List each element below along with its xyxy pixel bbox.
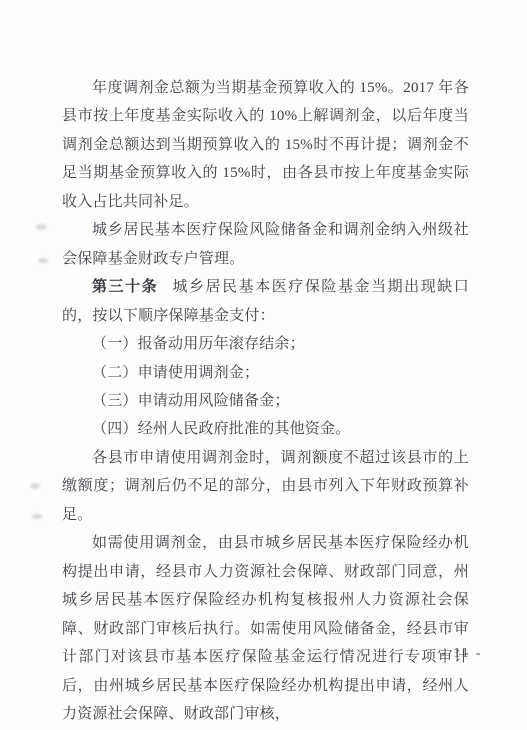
document-text-block: 年度调剂金总额为当期基金预算收入的 15%。2017 年各县市按上年度基金实际收… [62,74,469,728]
list-item-3: （三）申请动用风险储备金； [62,387,469,415]
article-30-heading: 第三十条 [92,279,158,295]
paragraph-adjustment-quota: 各县市申请使用调剂金时，调剂额度不超过该县市的上缴额度；调剂后仍不足的部分，由县… [62,444,469,529]
paragraph-fund-account-management: 城乡居民基本医疗保险风险储备金和调剂金纳入州级社会保障基金财政专户管理。 [62,216,469,273]
paragraph-adjustment-fund-rules: 年度调剂金总额为当期基金预算收入的 15%。2017 年各县市按上年度基金实际收… [62,74,469,216]
scan-artifact [30,483,40,489]
scan-artifact [36,224,47,230]
scan-artifact [38,258,48,263]
paragraph-article-30: 第三十条城乡居民基本医疗保险基金当期出现缺口的，按以下顺序保障基金支付： [62,273,469,330]
paragraph-application-procedure: 如需使用调剂金，由县市城乡居民基本医疗保险经办机构提出申请，经县市人力资源社会保… [62,529,469,728]
list-item-4: （四）经州人民政府批准的其他资金。 [62,415,469,443]
scan-artifact [32,514,43,519]
page-number: - 11 - [432,645,492,661]
scanned-document-page: 年度调剂金总额为当期基金预算收入的 15%。2017 年各县市按上年度基金实际收… [0,0,527,730]
list-item-2: （二）申请使用调剂金； [62,359,469,387]
list-item-1: （一）报备动用历年滚存结余； [62,330,469,358]
